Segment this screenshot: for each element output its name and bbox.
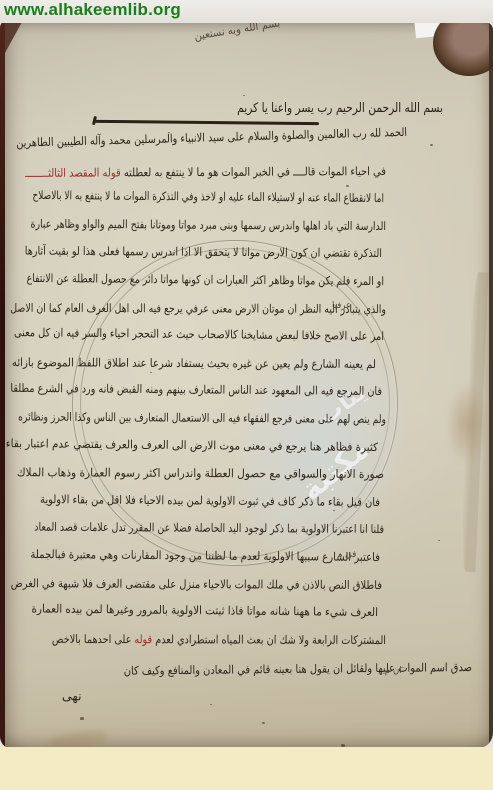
ink-speck [210,704,212,705]
body-text: التذكرة تقتضي ان كون الارض مواتا لا يتحق… [25,244,382,260]
text-line: التذكرة تقتضي ان كون الارض مواتا لا يتحق… [66,238,382,268]
body-text: والذي يتبادر اليه النظر ان موتان الارض م… [10,300,386,315]
ink-speck [243,95,245,96]
body-text: لم يعينه الشارع ولم يعين عن غيره بحيث يس… [12,355,376,371]
text-line: الدارسة التي باد اهلها واندرس رسمها وبنى… [74,211,386,241]
body-text: او المرء فلم يكن مواتا وظاهر اكثر العبار… [26,271,384,288]
text-line: ولم ينص لهم على معنى فرجع الفقهاء فيه ال… [82,404,386,434]
body-text: ولم ينص لهم على معنى فرجع الفقهاء فيه ال… [18,409,386,426]
top-inscription: بسم الله وبه نستعين [193,22,281,43]
text-line: اما لانقطاع الماء عنه او لاستيلاء الماء … [89,183,384,213]
text-line: العرف شيء ما ههنا شانه مواتا فاذا ثبتت ا… [43,596,378,627]
body-text: فان المرجع فيه الى المعهود عند الناس الم… [10,381,382,398]
text-line: او المرء فلم يكن مواتا وظاهر اكثر العبار… [74,265,384,295]
ink-speck [438,540,440,541]
text-block: الحمد لله رب العالمين والصلوة والسلام عل… [6,130,386,682]
body-text: اما لانقطاع الماء عنه او لاستيلاء الماء … [32,188,384,205]
body-text: في احياء الموات قالــــ في الخبر الموات … [121,164,386,179]
text-line: فان قيل بقاء ما ذكر كاف في ثبوت الاولوية… [58,486,380,516]
body-text: قلنا انا اعتبرنا الاولوية بما ذكر لوجود … [34,520,384,536]
body-text: على احدهما بالاخص [52,632,132,646]
page-right-edge [489,22,493,748]
margin-note: في م [337,549,356,560]
site-url-text: www.alhakeemlib.org [4,0,181,20]
body-text: فان قيل بقاء ما ذكر كاف في ثبوت الاولوية… [40,492,380,509]
body-text: الحمد لله رب العالمين والصلوة والسلام عل… [16,125,407,150]
backdrop-bottom [0,747,493,790]
margin-note: ان م [385,665,402,676]
ink-speck [80,717,84,720]
body-text: فاعتبر الشارع سببها الاولوية لعدم ما لظن… [30,547,380,564]
text-line: صدق اسم الموات عليها ولقائل ان يقول هنا … [71,654,472,686]
text-line: قلنا انا اعتبرنا الاولوية بما ذكر لوجود … [74,514,384,544]
rubricated-text: قوله [131,632,152,646]
catchword: نهى [62,688,82,704]
binding-strip [0,22,5,748]
text-line: كثيرة فظاهر هنا يرجع في معنى موت الارض ا… [43,430,378,461]
ink-speck [430,144,433,146]
text-line: فاطلاق النص بالاذن في ملك الموات بالاحيا… [59,570,383,599]
rubricated-text: قوله المقصد الثالثــــــــ [25,165,121,180]
manuscript-page: يثابمكتبة بسم الله وبه نستعين بسم الله ا… [0,22,493,748]
ink-smear [446,382,488,466]
body-text: امر على الاصح خلافا لبعض مشايخنا كالاصحا… [14,325,384,343]
body-text: العرف شيء ما ههنا شانه مواتا فاذا ثبتت ا… [32,601,379,619]
corner-stain [433,22,493,76]
text-line: الحمد لله رب العالمين والصلوة والسلام عل… [6,119,408,158]
body-text: الدارسة التي باد اهلها واندرس رسمها وبنى… [31,216,387,232]
body-text: المشتركات الرابعة ولا شك ان بعث المياه ا… [152,632,386,647]
basmala-line: بسم الله الرحمن الرحيم رب يسر واعنا يا ك… [237,101,443,116]
paper-smudge [47,728,109,748]
body-text: صورة الانهار والسواقي مع حصول العطلة وان… [17,465,384,481]
text-line: فان المرجع فيه الى المعهود عند الناس الم… [66,376,382,406]
body-text: صدق اسم الموات عليها ولقائل ان يقول هنا … [124,660,472,678]
text-line: امر على الاصح خلافا لبعض مشايخنا كالاصحا… [63,320,385,351]
text-line: صورة الانهار والسواقي مع حصول العطلة وان… [36,459,384,488]
manuscript-scan: يثابمكتبة بسم الله وبه نستعين بسم الله ا… [0,0,493,790]
ink-speck [346,185,349,187]
text-line: المشتركات الرابعة ولا شك ان بعث المياه ا… [67,626,386,655]
text-line: فاعتبر الشارع سببها الاولوية لعدم ما لظن… [51,541,380,571]
url-watermark-bar: www.alhakeemlib.org [0,0,493,23]
body-text: فاطلاق النص بالاذن في ملك الموات بالاحيا… [11,576,382,592]
text-line: لم يعينه الشارع ولم يعين عن غيره بحيث يس… [50,349,376,378]
body-text: كثيرة فظاهر هنا يرجع في معنى موت الارض ا… [6,436,378,454]
ink-speck [262,722,265,724]
margin-note: عرفيا [332,300,351,311]
